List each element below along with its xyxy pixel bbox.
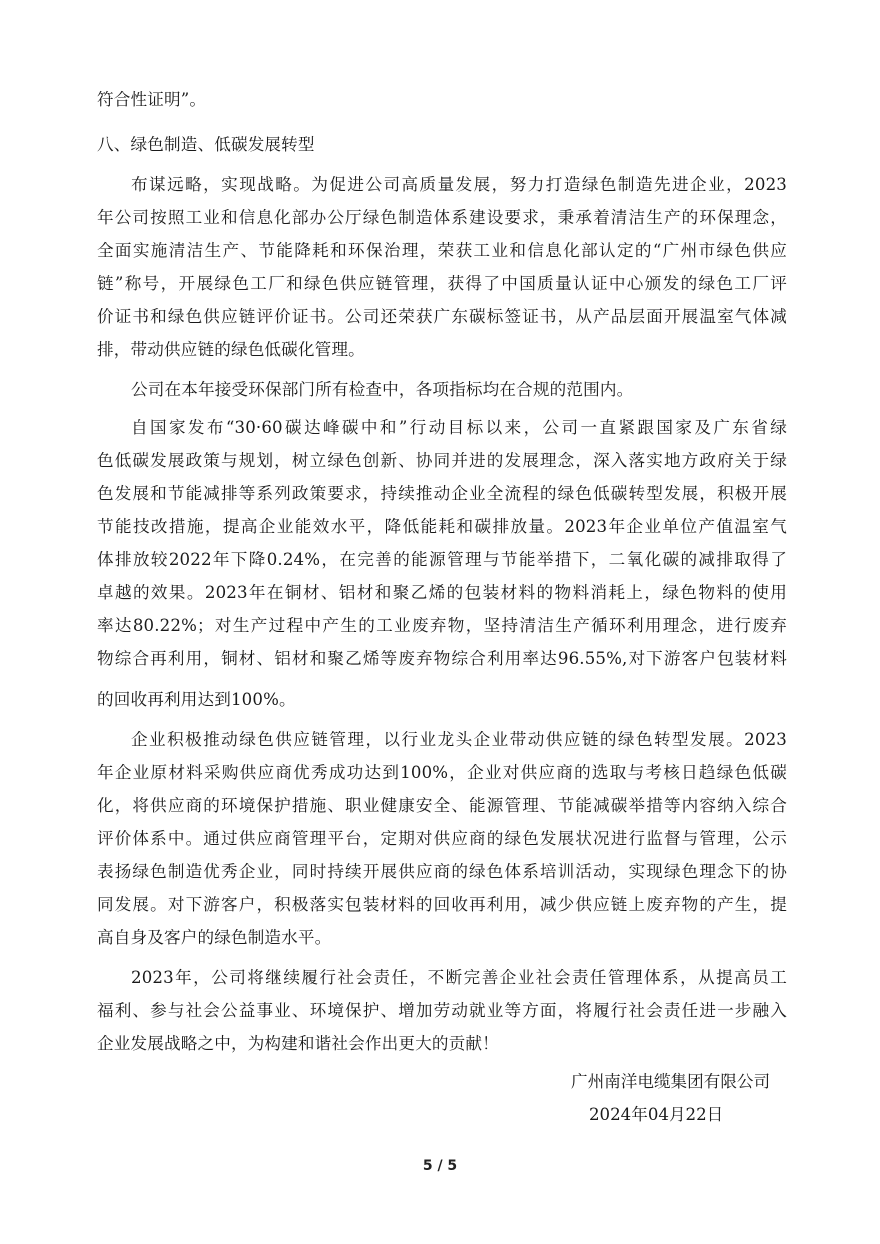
paragraph-supply-chain-line-1: 企业积极推动绿色供应链管理，以行业龙头企业带动供应链的绿色转型发展。2023 — [131, 728, 787, 752]
paragraph-carbon-line-9: 的回收再利用达到100%。 — [97, 688, 787, 712]
paragraph-supply-chain-line-6: 同发展。对下游客户，积极落实包装材料的回收再利用，减少供应链上废弃物的产生，提 — [97, 893, 787, 917]
document-page: 符合性证明”。 八、绿色制造、低碳发展转型 布谋远略，实现战略。为促进公司高质量… — [0, 0, 880, 1244]
paragraph-carbon-line-8: 物综合再利用，铜材、铝材和聚乙烯等废弃物综合利用率达96.55%,对下游客户包装… — [97, 647, 787, 671]
paragraph-strategy-line-6: 排，带动供应链的绿色低碳化管理。 — [97, 338, 787, 362]
page-number: 5 / 5 — [0, 1158, 880, 1174]
paragraph-strategy-line-5: 价证书和绿色供应链评价证书。公司还荣获广东碳标签证书，从产品层面开展温室气体减 — [97, 305, 787, 329]
paragraph-strategy-line-4: 链”称号，开展绿色工厂和绿色供应链管理，获得了中国质量认证中心颁发的绿色工厂评 — [97, 272, 787, 296]
paragraph-strategy-line-1: 布谋远略，实现战略。为促进公司高质量发展，努力打造绿色制造先进企业，2023 — [131, 173, 787, 197]
paragraph-supply-chain-line-2: 年企业原材料采购供应商优秀成功达到100%，企业对供应商的选取与考核日趋绿色低碳 — [97, 761, 787, 785]
paragraph-responsibility-line-2: 福利、参与社会公益事业、环境保护、增加劳动就业等方面，将履行社会责任进一步融入 — [97, 999, 787, 1023]
paragraph-supply-chain-line-3: 化，将供应商的环境保护措施、职业健康安全、能源管理、节能减碳举措等内容纳入综合 — [97, 794, 787, 818]
signature-date: 2024年04月22日 — [589, 1103, 723, 1127]
paragraph-carbon-line-6: 卓越的效果。2023年在铜材、铝材和聚乙烯的包装材料的物料消耗上，绿色物料的使用 — [97, 581, 787, 605]
paragraph-carbon-line-5: 体排放较2022年下降0.24%，在完善的能源管理与节能举措下，二氧化碳的减排取… — [97, 548, 787, 572]
paragraph-supply-chain-line-5: 表扬绿色制造优秀企业，同时持续开展供应商的绿色体系培训活动，实现绿色理念下的协 — [97, 860, 787, 884]
paragraph-strategy-line-2: 年公司按照工业和信息化部办公厅绿色制造体系建设要求，秉承着清洁生产的环保理念， — [97, 206, 787, 230]
paragraph-carbon-line-3: 色发展和节能减排等系列政策要求，持续推动企业全流程的绿色低碳转型发展，积极开展 — [97, 482, 787, 506]
paragraph-carbon-line-2: 色低碳发展政策与规划，树立绿色创新、协同并进的发展理念，深入落实地方政府关于绿 — [97, 449, 787, 473]
paragraph-supply-chain-line-4: 评价体系中。通过供应商管理平台，定期对供应商的绿色发展状况进行监督与管理，公示 — [97, 827, 787, 851]
section-heading-green-manufacturing: 八、绿色制造、低碳发展转型 — [97, 133, 787, 157]
paragraph-carbon-line-1: 自国家发布“30·60碳达峰碳中和”行动目标以来，公司一直紧跟国家及广东省绿 — [131, 416, 787, 440]
signature-company: 广州南洋电缆集团有限公司 — [571, 1070, 770, 1094]
paragraph-carbon-line-7: 率达80.22%；对生产过程中产生的工业废弃物，坚持清洁生产循环利用理念，进行废… — [97, 614, 787, 638]
text-line-cert-end: 符合性证明”。 — [97, 88, 787, 112]
paragraph-strategy-line-3: 全面实施清洁生产、节能降耗和环保治理，荣获工业和信息化部认定的“广州市绿色供应 — [97, 239, 787, 263]
paragraph-supply-chain-line-7: 高自身及客户的绿色制造水平。 — [97, 926, 787, 950]
paragraph-carbon-line-4: 节能技改措施，提高企业能效水平，降低能耗和碳排放量。2023年企业单位产值温室气 — [97, 515, 787, 539]
paragraph-inspection: 公司在本年接受环保部门所有检查中，各项指标均在合规的范围内。 — [131, 378, 787, 402]
paragraph-responsibility-line-3: 企业发展战略之中，为构建和谐社会作出更大的贡献！ — [97, 1032, 787, 1056]
paragraph-responsibility-line-1: 2023年，公司将继续履行社会责任，不断完善企业社会责任管理体系，从提高员工 — [131, 966, 787, 990]
